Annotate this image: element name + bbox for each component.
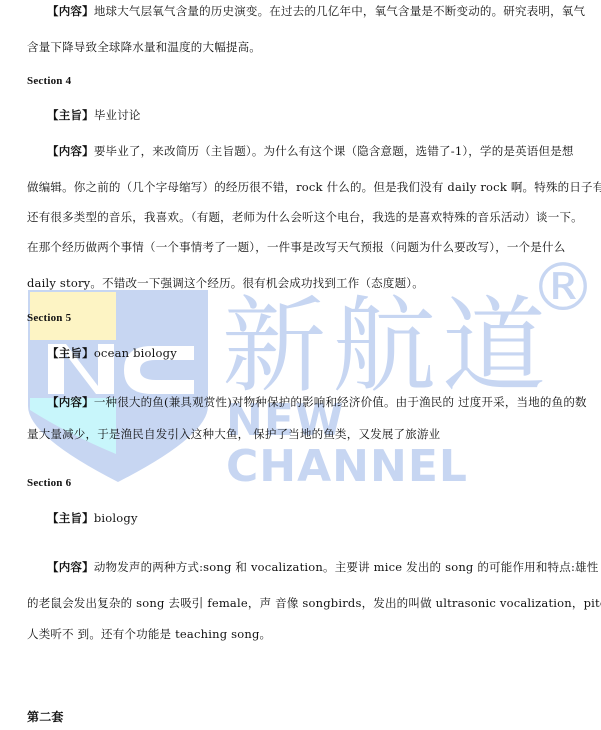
section5-title: Section 5 [27, 311, 71, 325]
section6-content-line-1: 【内容】动物发声的两种方式:song 和 vocalization。主要讲 mi… [47, 560, 598, 574]
content-tag: 【内容】 [47, 395, 94, 409]
topic-tag: 【主旨】 [47, 511, 94, 525]
section4-topic: 【主旨】毕业讨论 [47, 108, 141, 122]
topic-tag: 【主旨】 [47, 346, 94, 360]
section4-content-line-5: daily story。不错改一下强调这个经历。很有机会成功找到工作（态度题）。 [27, 276, 424, 290]
section4-content-line-3: 还有很多类型的音乐，我喜欢。（有题，老师为什么会听这个电台，我选的是喜欢特殊的音… [27, 210, 583, 224]
section4-content-line-4: 在那个经历做两个事情（一个事情考了一题），一件事是改写天气预报（问题为什么要改写… [27, 240, 565, 254]
document-page: 【内容】地球大气层氧气含量的历史演变。在过去的几亿年中，氧气含量是不断变动的。研… [0, 0, 601, 730]
topic-tag: 【主旨】 [47, 108, 94, 122]
content-tag: 【内容】 [47, 560, 94, 574]
section6-content-line-3: 人类听不 到。还有个功能是 teaching song。 [27, 627, 271, 641]
section5-topic: 【主旨】ocean biology [47, 346, 177, 360]
content-tag: 【内容】 [47, 4, 94, 18]
section4-title: Section 4 [27, 74, 71, 88]
section3-content-line-2: 含量下降导致全球降水量和温度的大幅提高。 [27, 40, 261, 54]
section4-content-line-1: 【内容】要毕业了，来改简历（主旨题）。为什么有这个课（隐含意题，选错了-1），学… [47, 144, 574, 158]
next-set-title: 第二套 [27, 710, 64, 724]
section5-content-line-1: 【内容】一种很大的鱼(兼具观赏性)对物种保护的影响和经济价值。由于渔民的 过度开… [47, 395, 587, 409]
section5-content-line-2: 量大量减少，于是渔民自发引入这种大鱼， 保护了当地的鱼类，又发展了旅游业 [27, 427, 440, 441]
section6-title: Section 6 [27, 476, 71, 490]
content-tag: 【内容】 [47, 144, 94, 158]
section3-content-line-1: 【内容】地球大气层氧气含量的历史演变。在过去的几亿年中，氧气含量是不断变动的。研… [47, 4, 585, 18]
section6-topic: 【主旨】biology [47, 511, 138, 525]
section4-content-line-2: 做编辑。你之前的（几个字母缩写）的经历很不错，rock 什么的。但是我们没有 d… [27, 180, 601, 194]
section6-content-line-2: 的老鼠会发出复杂的 song 去吸引 female，声 音像 songbirds… [27, 596, 601, 610]
